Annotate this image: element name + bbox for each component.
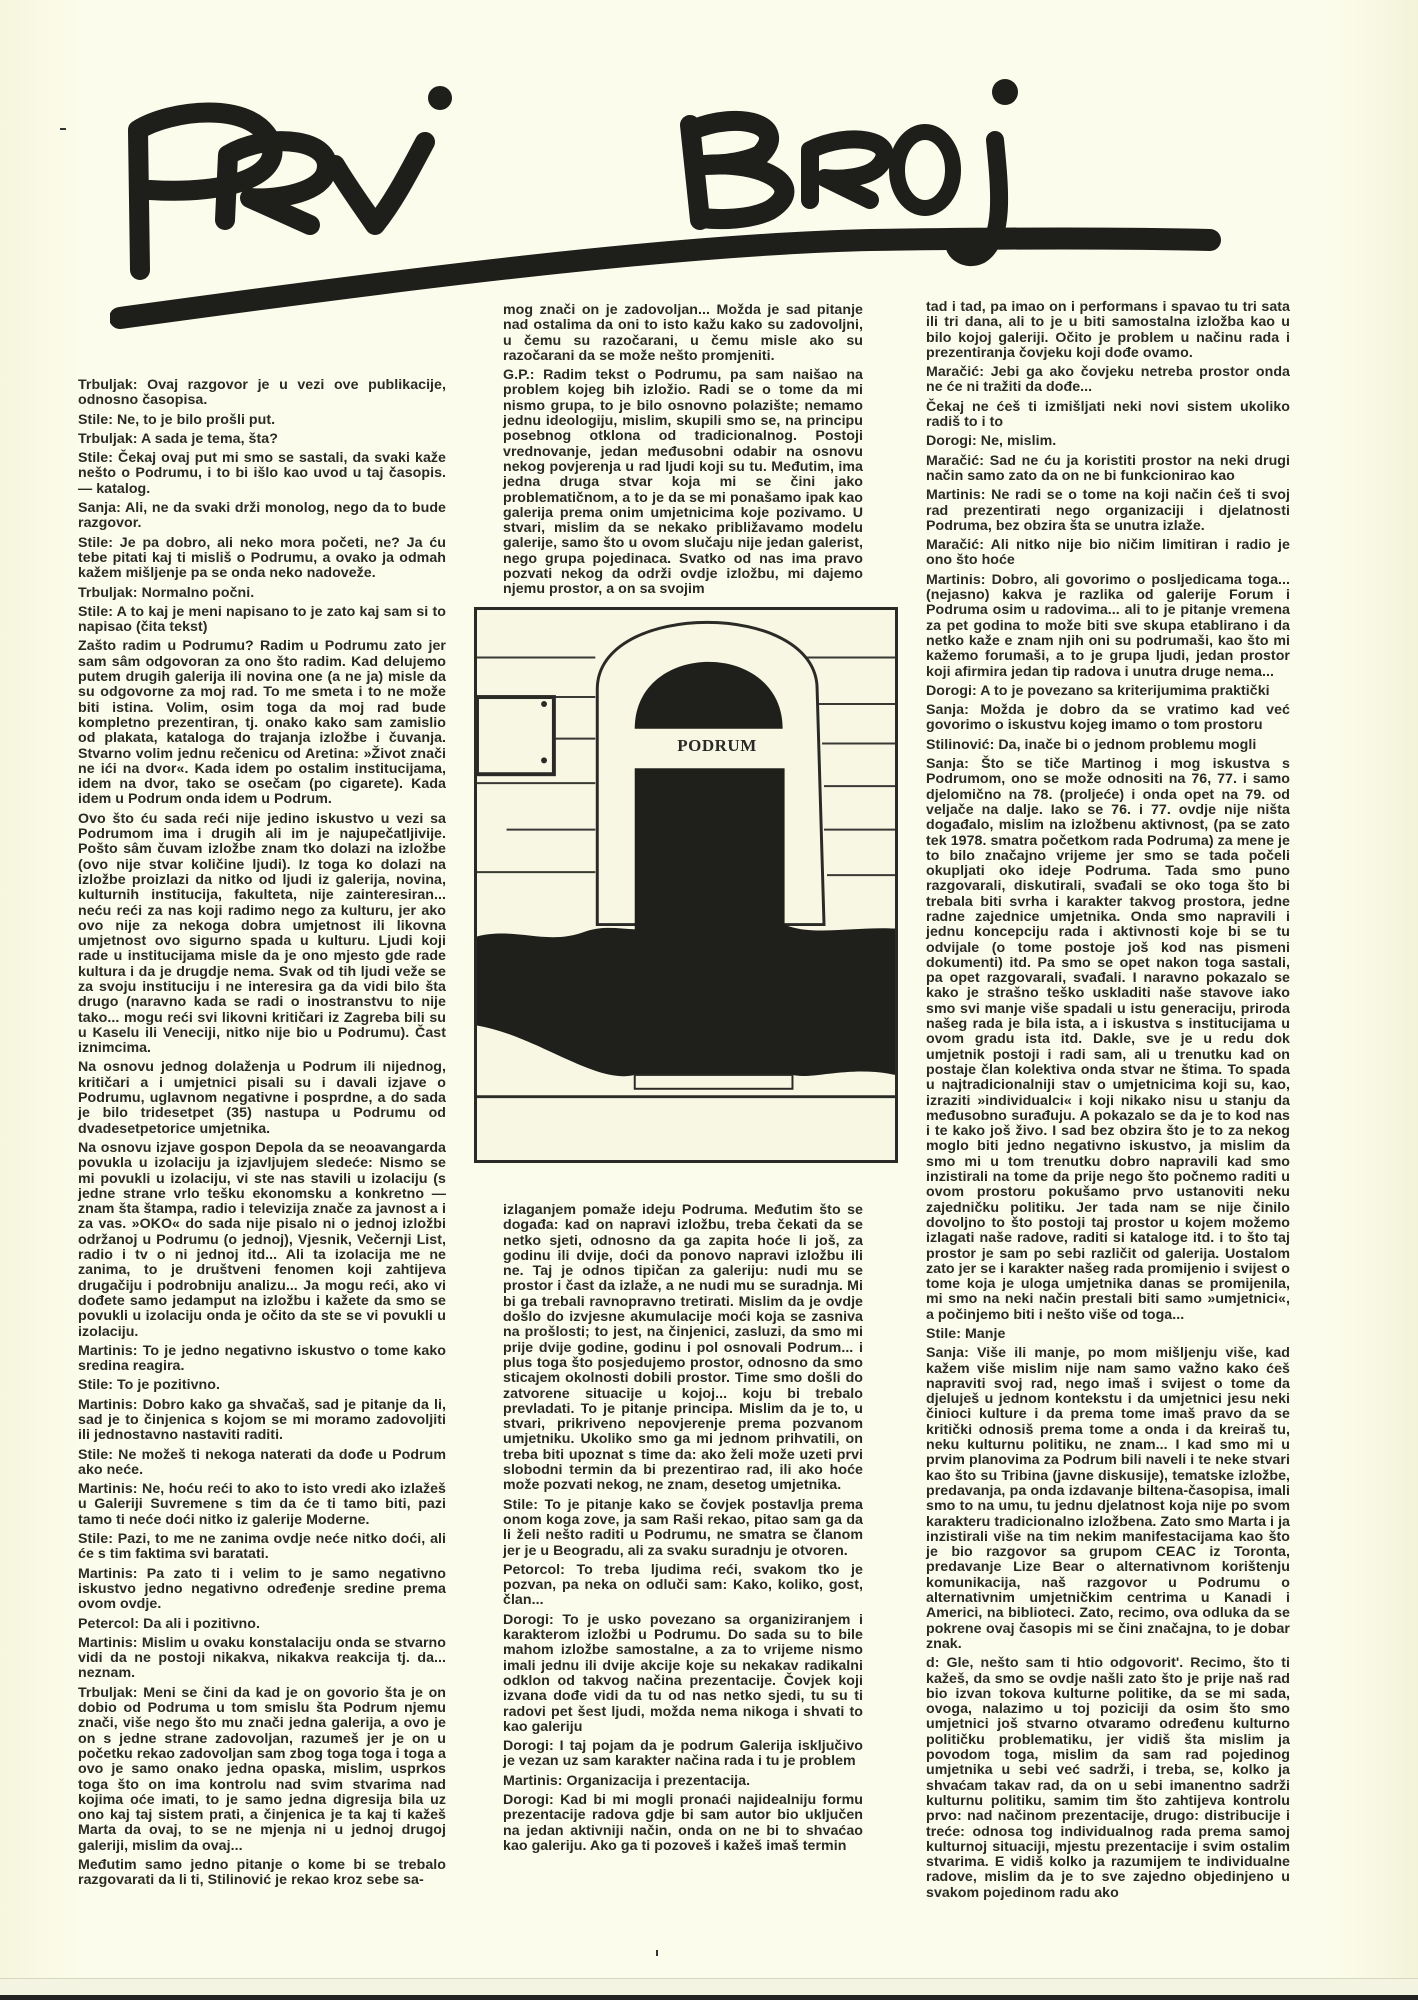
print-speck <box>60 128 66 130</box>
paragraph: izlaganjem pomaže ideju Podruma. Međutim… <box>503 1203 863 1494</box>
paragraph: Sanja: Više ili manje, po mom mišljenju … <box>926 1346 1290 1652</box>
paragraph: Martinis: Ne, hoću reći to ako to isto v… <box>78 1482 446 1528</box>
podrum-doorway-photo: PODRUM <box>474 607 898 1163</box>
print-speck <box>656 1950 658 1956</box>
paragraph: Maračić: Ali nitko nije bio ničim limiti… <box>926 538 1290 569</box>
paragraph: Stile: To je pitanje kako se čovjek post… <box>503 1498 863 1559</box>
paragraph: Martinis: Mislim u ovaku konstalaciju on… <box>78 1636 446 1682</box>
paragraph: Sanja: Ali, ne da svaki drži monolog, ne… <box>78 501 446 532</box>
doorway-illustration <box>477 610 895 1160</box>
paragraph: Stilinović: Da, inače bi o jednom proble… <box>926 738 1290 753</box>
paragraph: Zašto radim u Podrumu? Radim u Podrumu z… <box>78 639 446 807</box>
paragraph: Petercol: Da ali i pozitivno. <box>78 1617 446 1632</box>
headline-brush-lettering <box>110 70 1240 330</box>
middle-column-bottom-text: izlaganjem pomaže ideju Podruma. Međutim… <box>503 1203 863 1858</box>
paragraph: Stile: A to kaj je meni napisano to je z… <box>78 605 446 636</box>
podrum-sign: PODRUM <box>667 736 767 756</box>
paragraph: Martinis: Dobro kako ga shvačaš, sad je … <box>78 1398 446 1444</box>
right-column-text: tad i tad, pa imao on i performans i spa… <box>926 300 1290 1905</box>
magazine-page: Trbuljak: Ovaj razgovor je u vezi ove pu… <box>0 0 1418 1978</box>
paragraph: Stile: Ne možeš ti nekoga naterati da do… <box>78 1448 446 1479</box>
paragraph: Martinis: Ne radi se o tome na koji nači… <box>926 488 1290 534</box>
paragraph: Trbuljak: Meni se čini da kad je on govo… <box>78 1686 446 1854</box>
paragraph: Stile: Manje <box>926 1327 1290 1342</box>
paragraph: Ovo što ću sada reći nije jedino iskustv… <box>78 812 446 1057</box>
paragraph: Sanja: Možda je dobro da se vratimo kad … <box>926 703 1290 734</box>
paragraph: G.P.: Radim tekst o Podrumu, pa sam naiš… <box>503 368 863 597</box>
paragraph: Stile: To je pozitivno. <box>78 1378 446 1393</box>
paragraph: Dorogi: A to je povezano sa kriterijumim… <box>926 684 1290 699</box>
paragraph: Maračić: Jebi ga ako čovjeku netreba pro… <box>926 365 1290 396</box>
brush-title-graphic <box>110 70 1240 330</box>
paragraph: Sanja: Što se tiče Martinog i mog iskust… <box>926 757 1290 1323</box>
paragraph: Martinis: Dobro, ali govorimo o posljedi… <box>926 573 1290 680</box>
paragraph: tad i tad, pa imao on i performans i spa… <box>926 300 1290 361</box>
paragraph: Dorogi: To je usko povezano sa organizir… <box>503 1613 863 1735</box>
paragraph: Stile: Ne, to je bilo prošli put. <box>78 413 446 428</box>
paragraph: Na osnovu izjave gospon Depola da se neo… <box>78 1141 446 1340</box>
paragraph: Martinis: To je jedno negativno iskustvo… <box>78 1344 446 1375</box>
paragraph: Čekaj ne ćeš ti izmišljati neki novi sis… <box>926 400 1290 431</box>
paragraph: Stile: Čekaj ovaj put mi smo se sastali,… <box>78 451 446 497</box>
paragraph: d: Gle, nešto sam ti htio odgovorit'. Re… <box>926 1656 1290 1901</box>
paragraph: Martinis: Pa zato ti i velim to je samo … <box>78 1567 446 1613</box>
paragraph: Stile: Pazi, to me ne zanima ovdje neće … <box>78 1532 446 1563</box>
paragraph: Stile: Je pa dobro, ali neko mora početi… <box>78 536 446 582</box>
paragraph: Dorogi: I taj pojam da je podrum Galerij… <box>503 1739 863 1770</box>
left-column-text: Trbuljak: Ovaj razgovor je u vezi ove pu… <box>78 378 446 1893</box>
page-edge <box>0 1978 1418 2000</box>
paragraph: Dorogi: Ne, mislim. <box>926 434 1290 449</box>
paragraph: Na osnovu jednog dolaženja u Podrum ili … <box>78 1060 446 1136</box>
paragraph: Dorogi: Kad bi mi mogli pronaći najideal… <box>503 1793 863 1854</box>
paragraph: Maračić: Sad ne ću ja koristiti prostor … <box>926 454 1290 485</box>
paragraph: mog znači on je zadovoljan... Možda je s… <box>503 303 863 364</box>
paragraph: Martinis: Organizacija i prezentacija. <box>503 1774 863 1789</box>
paragraph: Trbuljak: Normalno počni. <box>78 586 446 601</box>
paragraph: Međutim samo jedno pitanje o kome bi se … <box>78 1858 446 1889</box>
paragraph: Trbuljak: A sada je tema, šta? <box>78 432 446 447</box>
paragraph: Petorcol: To treba ljudima reći, svakom … <box>503 1563 863 1609</box>
paragraph: Trbuljak: Ovaj razgovor je u vezi ove pu… <box>78 378 446 409</box>
middle-column-top-text: mog znači on je zadovoljan... Možda je s… <box>503 303 863 602</box>
